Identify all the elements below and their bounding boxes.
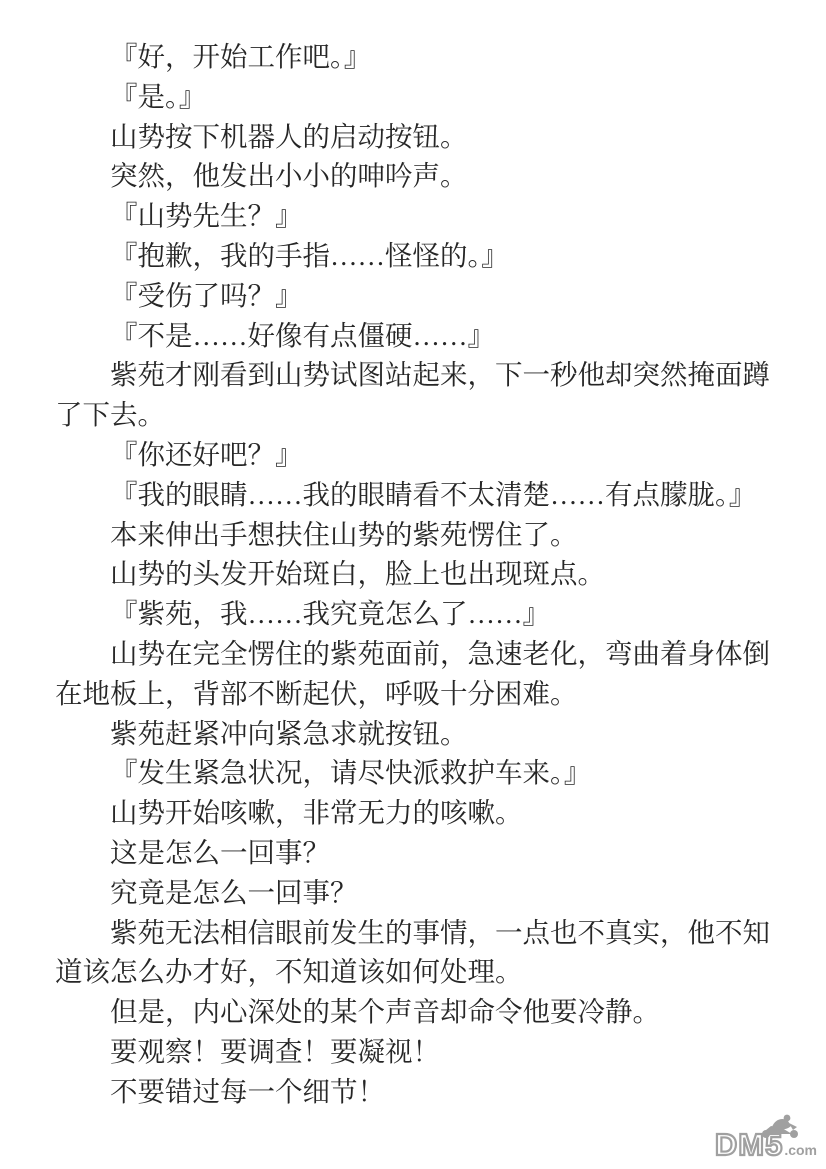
paragraph: 要观察！要调查！要凝视！	[55, 1032, 771, 1072]
paragraph: 紫苑无法相信眼前发生的事情，一点也不真实，他不知道该怎么办才好，不知道该如何处理…	[55, 913, 771, 993]
paragraph: 究竟是怎么一回事？	[55, 873, 771, 913]
paragraph: 『抱歉，我的手指……怪怪的。』	[55, 236, 771, 276]
paragraph: 紫苑赶紧冲向紧急求就按钮。	[55, 714, 771, 754]
paragraph: 紫苑才刚看到山势试图站起来，下一秒他却突然掩面蹲了下去。	[55, 355, 771, 435]
paragraph: 『紫苑，我……我究竟怎么了……』	[55, 594, 771, 634]
paragraph: 不要错过每一个细节！	[55, 1072, 771, 1112]
scooter-rider-icon	[759, 1113, 801, 1139]
paragraph: 『好，开始工作吧。』	[55, 37, 771, 77]
paragraph: 『发生紧急状况，请尽快派救护车来。』	[55, 753, 771, 793]
paragraph: 『是。』	[55, 77, 771, 117]
paragraph: 但是，内心深处的某个声音却命令他要冷静。	[55, 992, 771, 1032]
paragraph: 『山势先生？』	[55, 196, 771, 236]
dm5-watermark: DM5.com	[715, 1129, 817, 1160]
paragraph: 这是怎么一回事？	[55, 833, 771, 873]
paragraph: 山势在完全愣住的紫苑面前，急速老化，弯曲着身体倒在地板上，背部不断起伏，呼吸十分…	[55, 634, 771, 714]
paragraph: 『我的眼睛……我的眼睛看不太清楚……有点朦胧。』	[55, 475, 771, 515]
paragraph: 『不是……好像有点僵硬……』	[55, 316, 771, 356]
paragraph: 山势开始咳嗽，非常无力的咳嗽。	[55, 793, 771, 833]
paragraph: 『受伤了吗？』	[55, 276, 771, 316]
novel-text-area: 『好，开始工作吧。』 『是。』 山势按下机器人的启动按钮。 突然，他发出小小的呻…	[55, 37, 771, 1112]
paragraph: 山势的头发开始斑白，脸上也出现斑点。	[55, 554, 771, 594]
paragraph: 突然，他发出小小的呻吟声。	[55, 156, 771, 196]
paragraph: 本来伸出手想扶住山势的紫苑愣住了。	[55, 515, 771, 555]
paragraph: 『你还好吧？』	[55, 435, 771, 475]
novel-page: 『好，开始工作吧。』 『是。』 山势按下机器人的启动按钮。 突然，他发出小小的呻…	[0, 0, 826, 1169]
watermark-domain-suffix: .com	[784, 1142, 817, 1158]
paragraph: 山势按下机器人的启动按钮。	[55, 117, 771, 157]
